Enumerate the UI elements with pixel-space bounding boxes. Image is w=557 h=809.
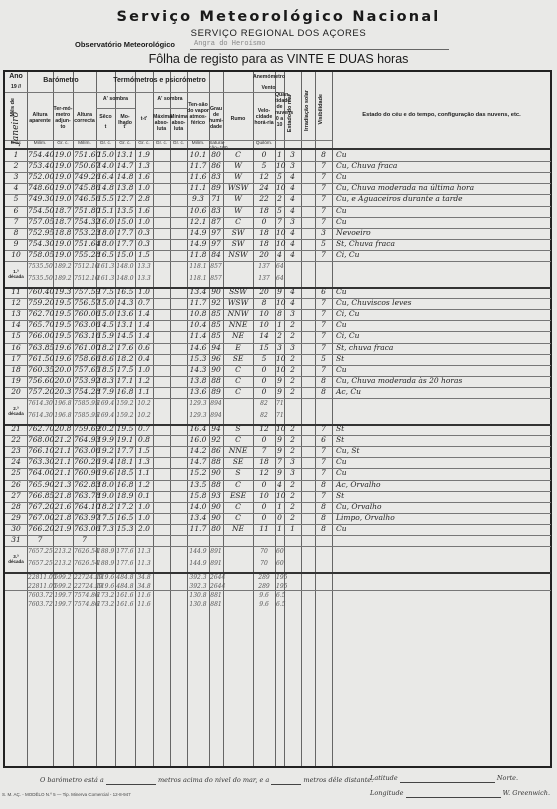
cell-tensao[interactable]: 16.4 (188, 424, 208, 433)
cell-nuv[interactable]: 9 (276, 387, 283, 396)
cell-tensao[interactable]: 16.0 (188, 435, 208, 444)
cell-grau[interactable]: 97 (210, 239, 222, 248)
cell-nuv[interactable]: 9 (276, 468, 283, 477)
cell-alt_ap[interactable]: 756.60 (28, 376, 52, 385)
cell-vel[interactable]: 12 (254, 424, 274, 433)
cell-molh[interactable]: 15.0 (116, 250, 134, 259)
cell-nuv[interactable]: 10 (276, 298, 283, 307)
sky-remarks-cell[interactable]: Ac, Orvalho (336, 480, 381, 489)
cell-tensao[interactable]: 12.1 (188, 217, 208, 226)
cell-rumo[interactable]: NNE (224, 446, 252, 455)
cell-mar[interactable]: 2 (285, 491, 300, 500)
cell-alt_cor[interactable]: 757.65 (74, 365, 95, 374)
cell-grau[interactable]: 71 (210, 194, 222, 203)
cell-rumo[interactable]: C (224, 435, 252, 444)
cell-rumo[interactable]: C (224, 376, 252, 385)
cell-molh[interactable]: 12.7 (116, 194, 134, 203)
cell-seco[interactable]: 19.9 (97, 435, 114, 444)
cell-vis[interactable]: 7 (316, 206, 331, 215)
cell-mar[interactable]: 4 (285, 228, 300, 237)
cell-tensao[interactable]: 13.4 (188, 287, 208, 296)
cell-vis[interactable]: 3 (316, 228, 331, 237)
cell-vis[interactable]: 5 (316, 354, 331, 363)
cell-alt_cor[interactable]: 764.93 (74, 435, 95, 444)
cell-vel[interactable]: 12 (254, 172, 274, 181)
cell-term[interactable]: 18.7 (54, 206, 72, 215)
cell-term[interactable]: 21.1 (54, 457, 72, 466)
cell-molh[interactable]: 13.6 (116, 309, 134, 318)
cell-tensao[interactable]: 14.9 (188, 239, 208, 248)
cell-molh[interactable]: 18.2 (116, 354, 134, 363)
cell-grau[interactable]: 88 (210, 480, 222, 489)
cell-rumo[interactable]: SE (224, 457, 252, 466)
cell-molh[interactable]: 13.1 (116, 150, 134, 159)
sky-remarks-cell[interactable]: St, chuva fraca (336, 343, 393, 352)
cell-seco[interactable]: 18.6 (97, 354, 114, 363)
cell-vis[interactable]: 7 (316, 468, 331, 477)
sky-remarks-cell[interactable]: Cu, Chuva moderada na última hora (336, 183, 474, 192)
cell-term[interactable]: 19.0 (54, 183, 72, 192)
cell-molh[interactable]: 13.8 (116, 183, 134, 192)
cell-term[interactable]: 19.6 (54, 354, 72, 363)
cell-grau[interactable]: 90 (210, 502, 222, 511)
cell-vel[interactable]: 0 (254, 150, 274, 159)
cell-molh[interactable]: 16.8 (116, 480, 134, 489)
cell-tensao[interactable]: 14.6 (188, 343, 208, 352)
cell-term[interactable]: 20.0 (54, 365, 72, 374)
cell-seco[interactable]: 17.3 (97, 524, 114, 533)
cell-diff[interactable]: 1.2 (136, 480, 152, 489)
cell-tensao[interactable]: 13.6 (188, 387, 208, 396)
cell-alt_cor[interactable]: 763.97 (74, 513, 95, 522)
cell-term[interactable]: 21.3 (54, 480, 72, 489)
cell-nuv[interactable]: 0 (276, 513, 283, 522)
cell-tensao[interactable]: 11.4 (188, 331, 208, 340)
cell-molh[interactable]: 15.3 (116, 524, 134, 533)
cell-rumo[interactable]: NNE (224, 320, 252, 329)
cell-term[interactable]: 19.5 (54, 309, 72, 318)
cell-tensao[interactable]: 11.6 (188, 172, 208, 181)
cell-mar[interactable]: 2 (285, 446, 300, 455)
cell-diff[interactable]: 1.6 (136, 172, 152, 181)
cell-alt_ap[interactable]: 754.50 (28, 206, 52, 215)
cell-vis[interactable]: 8 (316, 376, 331, 385)
cell-mar[interactable]: 3 (285, 150, 300, 159)
cell-vel[interactable]: 15 (254, 343, 274, 352)
cell-vel[interactable]: 0 (254, 435, 274, 444)
cell-nuv[interactable]: 7 (276, 217, 283, 226)
cell-vis[interactable]: 8 (316, 524, 331, 533)
cell-seco[interactable]: 15.0 (97, 298, 114, 307)
cell-nuv[interactable]: 4 (276, 480, 283, 489)
cell-seco[interactable]: 18.0 (97, 480, 114, 489)
cell-vel[interactable]: 0 (254, 365, 274, 374)
cell-nuv[interactable]: 8 (276, 309, 283, 318)
sky-remarks-cell[interactable]: Cu (336, 320, 347, 329)
cell-vel[interactable]: 20 (254, 250, 274, 259)
cell-mar[interactable]: 3 (285, 457, 300, 466)
cell-rumo[interactable]: C (224, 502, 252, 511)
sky-remarks-cell[interactable]: Cu (336, 287, 347, 296)
cell-vis[interactable]: 7 (316, 491, 331, 500)
cell-vel[interactable]: 18 (254, 457, 274, 466)
cell-vel[interactable]: 0 (254, 513, 274, 522)
cell-vis[interactable]: 8 (316, 150, 331, 159)
cell-vel[interactable]: 10 (254, 309, 274, 318)
cell-alt_cor[interactable]: 746.56 (74, 194, 95, 203)
cell-alt_cor[interactable]: 762.83 (74, 480, 95, 489)
sky-remarks-cell[interactable]: Cu, Orvalho (336, 502, 382, 511)
cell-grau[interactable]: 90 (210, 468, 222, 477)
cell-alt_cor[interactable]: 750.67 (74, 161, 95, 170)
cell-vis[interactable]: 7 (316, 320, 331, 329)
cell-vel[interactable]: 8 (254, 298, 274, 307)
cell-vel[interactable]: 14 (254, 331, 274, 340)
cell-grau[interactable]: 80 (210, 524, 222, 533)
cell-diff[interactable]: 1.1 (136, 468, 152, 477)
cell-seco[interactable]: 20.2 (97, 424, 114, 433)
cell-alt_ap[interactable]: 749.30 (28, 194, 52, 203)
cell-vis[interactable]: 8 (316, 387, 331, 396)
cell-vis[interactable]: 5 (316, 239, 331, 248)
cell-diff[interactable]: 1.4 (136, 320, 152, 329)
cell-alt_ap[interactable]: 764.00 (28, 468, 52, 477)
cell-rumo[interactable]: NE (224, 331, 252, 340)
cell-nuv[interactable]: 9 (276, 287, 283, 296)
cell-term[interactable]: 19.0 (54, 194, 72, 203)
cell-alt_ap[interactable]: 760.40 (28, 287, 52, 296)
cell-molh[interactable]: 18.9 (116, 491, 134, 500)
cell-diff[interactable]: 0.3 (136, 239, 152, 248)
cell-diff[interactable]: 1.3 (136, 457, 152, 466)
cell-grau[interactable]: 84 (210, 250, 222, 259)
cell-diff[interactable]: 1.0 (136, 365, 152, 374)
cell-grau[interactable]: 97 (210, 228, 222, 237)
cell-alt_cor[interactable]: 7 (74, 535, 95, 544)
sky-remarks-cell[interactable]: Cu (336, 217, 347, 226)
cell-alt_cor[interactable]: 745.86 (74, 183, 95, 192)
cell-diff[interactable]: 2.0 (136, 524, 152, 533)
cell-alt_cor[interactable]: 761.00 (74, 343, 95, 352)
cell-alt_ap[interactable]: 767.00 (28, 513, 52, 522)
cell-vis[interactable]: 7 (316, 457, 331, 466)
cell-rumo[interactable]: SSW (224, 287, 252, 296)
cell-grau[interactable]: 80 (210, 150, 222, 159)
cell-vis[interactable]: 7 (316, 298, 331, 307)
cell-vis[interactable]: 7 (316, 217, 331, 226)
cell-seco[interactable]: 16.4 (97, 172, 114, 181)
cell-seco[interactable]: 15.1 (97, 206, 114, 215)
cell-molh[interactable]: 16.5 (116, 287, 134, 296)
cell-diff[interactable]: 0.3 (136, 228, 152, 237)
cell-mar[interactable]: 4 (285, 287, 300, 296)
cell-molh[interactable]: 17.7 (116, 446, 134, 455)
cell-term[interactable]: 21.1 (54, 468, 72, 477)
cell-mar[interactable]: 2 (285, 424, 300, 433)
cell-molh[interactable]: 16.5 (116, 513, 134, 522)
cell-term[interactable]: 19.0 (54, 250, 72, 259)
cell-term[interactable]: 21.9 (54, 524, 72, 533)
cell-rumo[interactable]: C (224, 217, 252, 226)
sky-remarks-cell[interactable]: Cu, Chuva moderada às 20 horas (336, 376, 462, 385)
sky-remarks-cell[interactable]: St (336, 424, 344, 433)
cell-molh[interactable]: 17.6 (116, 343, 134, 352)
cell-term[interactable]: 20.8 (54, 424, 72, 433)
cell-alt_ap[interactable]: 760.35 (28, 365, 52, 374)
cell-molh[interactable]: 14.5 (116, 331, 134, 340)
cell-vel[interactable]: 12 (254, 468, 274, 477)
cell-grau[interactable]: 85 (210, 309, 222, 318)
cell-diff[interactable]: 1.6 (136, 206, 152, 215)
cell-nuv[interactable]: 10 (276, 228, 283, 237)
cell-grau[interactable]: 85 (210, 331, 222, 340)
cell-vel[interactable]: 0 (254, 480, 274, 489)
cell-vel[interactable]: 11 (254, 524, 274, 533)
cell-diff[interactable]: 1.3 (136, 161, 152, 170)
cell-tensao[interactable]: 9.3 (188, 194, 208, 203)
cell-alt_ap[interactable]: 754.30 (28, 239, 52, 248)
cell-tensao[interactable]: 10.4 (188, 320, 208, 329)
observatory-field[interactable]: Angra do Heroísmo (190, 40, 449, 50)
cell-nuv[interactable]: 10 (276, 354, 283, 363)
sky-remarks-cell[interactable]: Nevoeiro (336, 228, 371, 237)
cell-vel[interactable]: 22 (254, 194, 274, 203)
cell-rumo[interactable]: SE (224, 354, 252, 363)
sky-remarks-cell[interactable]: Cu (336, 206, 347, 215)
cell-vel[interactable]: 0 (254, 376, 274, 385)
cell-seco[interactable]: 18.2 (97, 343, 114, 352)
cell-mar[interactable]: 2 (285, 354, 300, 363)
cell-diff[interactable]: 0.1 (136, 491, 152, 500)
cell-nuv[interactable]: 1 (276, 502, 283, 511)
cell-nuv[interactable]: 10 (276, 365, 283, 374)
cell-alt_ap[interactable]: 768.00 (28, 435, 52, 444)
cell-diff[interactable]: 0.7 (136, 424, 152, 433)
cell-alt_cor[interactable]: 751.64 (74, 239, 95, 248)
cell-vis[interactable]: 7 (316, 309, 331, 318)
cell-rumo[interactable]: W (224, 206, 252, 215)
cell-seco[interactable]: 19.4 (97, 457, 114, 466)
cell-seco[interactable]: 15.5 (97, 194, 114, 203)
cell-alt_ap[interactable]: 752.95 (28, 228, 52, 237)
cell-term[interactable]: 20.3 (54, 387, 72, 396)
sky-remarks-cell[interactable]: Ci, Cu (336, 331, 359, 340)
cell-tensao[interactable]: 11.8 (188, 250, 208, 259)
cell-alt_ap[interactable]: 763.85 (28, 343, 52, 352)
cell-vis[interactable]: 8 (316, 513, 331, 522)
cell-grau[interactable]: 92 (210, 435, 222, 444)
cell-vel[interactable]: 0 (254, 387, 274, 396)
cell-diff[interactable]: 0.4 (136, 354, 152, 363)
cell-grau[interactable]: 83 (210, 172, 222, 181)
cell-molh[interactable]: 16.8 (116, 387, 134, 396)
longitude-field[interactable] (406, 789, 501, 798)
cell-diff[interactable]: 1.0 (136, 183, 152, 192)
cell-seco[interactable]: 17.5 (97, 513, 114, 522)
cell-tensao[interactable]: 11.7 (188, 161, 208, 170)
cell-mar[interactable]: 3 (285, 217, 300, 226)
cell-molh[interactable]: 14.8 (116, 172, 134, 181)
cell-alt_cor[interactable]: 763.06 (74, 320, 95, 329)
cell-mar[interactable]: 2 (285, 480, 300, 489)
cell-molh[interactable]: 17.7 (116, 239, 134, 248)
cell-diff[interactable]: 1.4 (136, 309, 152, 318)
cell-alt_ap[interactable]: 762.70 (28, 309, 52, 318)
cell-term[interactable]: 18.8 (54, 228, 72, 237)
cell-tensao[interactable]: 11.1 (188, 183, 208, 192)
cell-alt_cor[interactable]: 757.59 (74, 287, 95, 296)
cell-vel[interactable]: 18 (254, 228, 274, 237)
cell-tensao[interactable]: 14.3 (188, 365, 208, 374)
cell-alt_cor[interactable]: 751.80 (74, 206, 95, 215)
cell-rumo[interactable]: C (224, 365, 252, 374)
cell-molh[interactable]: 13.5 (116, 206, 134, 215)
cell-diff[interactable]: 1.9 (136, 150, 152, 159)
month-value[interactable]: Janeiro (11, 112, 21, 145)
cell-mar[interactable]: 4 (285, 206, 300, 215)
cell-mar[interactable]: 2 (285, 365, 300, 374)
cell-diff[interactable]: 0.7 (136, 298, 152, 307)
cell-mar[interactable]: 2 (285, 320, 300, 329)
cell-grau[interactable]: 86 (210, 446, 222, 455)
sky-remarks-cell[interactable]: Cu (336, 524, 347, 533)
cell-seco[interactable]: 15.0 (97, 309, 114, 318)
cell-grau[interactable]: 89 (210, 183, 222, 192)
cell-alt_ap[interactable]: 765.90 (28, 480, 52, 489)
cell-vel[interactable]: 5 (254, 161, 274, 170)
cell-rumo[interactable]: NSW (224, 250, 252, 259)
sky-remarks-cell[interactable]: St (336, 354, 344, 363)
cell-vis[interactable]: 7 (316, 161, 331, 170)
cell-vis[interactable]: 8 (316, 502, 331, 511)
sky-remarks-cell[interactable]: St, Chuva fraca (336, 239, 395, 248)
sky-remarks-cell[interactable]: Cu, Chuva fraca (336, 161, 397, 170)
cell-vel[interactable]: 0 (254, 502, 274, 511)
cell-term[interactable]: 19.0 (54, 172, 72, 181)
cell-molh[interactable]: 14.3 (116, 298, 134, 307)
cell-alt_ap[interactable]: 7 (28, 535, 52, 544)
cell-nuv[interactable]: 9 (276, 435, 283, 444)
cell-vis[interactable]: 7 (316, 424, 331, 433)
cell-alt_ap[interactable]: 766.00 (28, 331, 52, 340)
cell-vel[interactable]: 24 (254, 183, 274, 192)
cell-rumo[interactable]: C (224, 387, 252, 396)
cell-seco[interactable]: 19.2 (97, 446, 114, 455)
cell-alt_ap[interactable]: 762.70 (28, 424, 52, 433)
cell-tensao[interactable]: 13.5 (188, 480, 208, 489)
cell-mar[interactable]: 3 (285, 343, 300, 352)
sky-remarks-cell[interactable]: Ac, Cu (336, 387, 361, 396)
cell-vis[interactable]: 6 (316, 435, 331, 444)
cell-tensao[interactable]: 10.6 (188, 206, 208, 215)
cell-nuv[interactable]: 9 (276, 376, 283, 385)
cell-mar[interactable]: 4 (285, 194, 300, 203)
cell-vis[interactable]: 7 (316, 194, 331, 203)
cell-seco[interactable]: 18.3 (97, 376, 114, 385)
cell-molh[interactable]: 13.1 (116, 320, 134, 329)
cell-term[interactable]: 19.5 (54, 320, 72, 329)
cell-alt_ap[interactable]: 757.20 (28, 387, 52, 396)
cell-mar[interactable]: 3 (285, 309, 300, 318)
cell-alt_cor[interactable]: 754.32 (74, 217, 95, 226)
cell-seco[interactable]: 14.0 (97, 161, 114, 170)
cell-alt_ap[interactable]: 766.10 (28, 446, 52, 455)
cell-tensao[interactable]: 10.1 (188, 150, 208, 159)
cell-molh[interactable]: 18.1 (116, 457, 134, 466)
cell-alt_cor[interactable]: 760.06 (74, 309, 95, 318)
cell-mar[interactable]: 2 (285, 331, 300, 340)
cell-nuv[interactable]: 10 (276, 491, 283, 500)
cell-vel[interactable]: 0 (254, 217, 274, 226)
cell-rumo[interactable]: C (224, 513, 252, 522)
cell-term[interactable]: 19.3 (54, 287, 72, 296)
cell-rumo[interactable]: SW (224, 239, 252, 248)
cell-grau[interactable]: 94 (210, 424, 222, 433)
cell-molh[interactable]: 17.1 (116, 376, 134, 385)
cell-diff[interactable]: 1.1 (136, 387, 152, 396)
cell-alt_ap[interactable]: 754.40 (28, 150, 52, 159)
cell-alt_ap[interactable]: 757.05 (28, 217, 52, 226)
cell-seco[interactable]: 17.9 (97, 387, 114, 396)
cell-rumo[interactable]: E (224, 343, 252, 352)
cell-vis[interactable]: 7 (316, 250, 331, 259)
sky-remarks-cell[interactable]: Cu, Chuviscos leves (336, 298, 412, 307)
cell-term[interactable]: 19.0 (54, 161, 72, 170)
cell-molh[interactable]: 17.5 (116, 365, 134, 374)
cell-alt_cor[interactable]: 763.06 (74, 446, 95, 455)
cell-vel[interactable]: 5 (254, 354, 274, 363)
cell-vis[interactable]: 8 (316, 480, 331, 489)
cell-vis[interactable]: 7 (316, 446, 331, 455)
cell-vel[interactable]: 18 (254, 239, 274, 248)
cell-grau[interactable]: 90 (210, 365, 222, 374)
cell-diff[interactable]: 1.5 (136, 446, 152, 455)
cell-vel[interactable]: 10 (254, 320, 274, 329)
cell-molh[interactable]: 17.7 (116, 228, 134, 237)
cell-grau[interactable]: 83 (210, 206, 222, 215)
cell-vis[interactable]: 7 (316, 183, 331, 192)
cell-seco[interactable]: 18.0 (97, 239, 114, 248)
cell-mar[interactable]: 2 (285, 513, 300, 522)
cell-alt_ap[interactable]: 767.20 (28, 502, 52, 511)
cell-grau[interactable]: 89 (210, 387, 222, 396)
cell-vel[interactable]: 10 (254, 491, 274, 500)
cell-term[interactable]: 21.8 (54, 491, 72, 500)
cell-diff[interactable]: 1.2 (136, 376, 152, 385)
cell-mar[interactable]: 4 (285, 239, 300, 248)
cell-grau[interactable]: 88 (210, 376, 222, 385)
cell-mar[interactable]: 4 (285, 172, 300, 181)
sky-remarks-cell[interactable]: Ci, Cu (336, 250, 359, 259)
cell-diff[interactable]: 2.8 (136, 194, 152, 203)
cell-diff[interactable]: 1.0 (136, 502, 152, 511)
cell-tensao[interactable]: 15.2 (188, 468, 208, 477)
cell-tensao[interactable]: 11.7 (188, 298, 208, 307)
sky-remarks-cell[interactable]: Cu (336, 468, 347, 477)
cell-term[interactable]: 21.1 (54, 446, 72, 455)
cell-alt_ap[interactable]: 753.40 (28, 161, 52, 170)
sky-remarks-cell[interactable]: Cu, e Aguaceiros durante a tarde (336, 194, 463, 203)
cell-seco[interactable]: 18.5 (97, 365, 114, 374)
cell-term[interactable]: 21.2 (54, 435, 72, 444)
cell-alt_ap[interactable]: 758.05 (28, 250, 52, 259)
cell-nuv[interactable]: 2 (276, 194, 283, 203)
cell-nuv[interactable]: 10 (276, 161, 283, 170)
cell-alt_cor[interactable]: 753.23 (74, 228, 95, 237)
cell-tensao[interactable]: 11.7 (188, 524, 208, 533)
cell-alt_ap[interactable]: 759.20 (28, 298, 52, 307)
barometer-height-field[interactable] (106, 776, 156, 785)
